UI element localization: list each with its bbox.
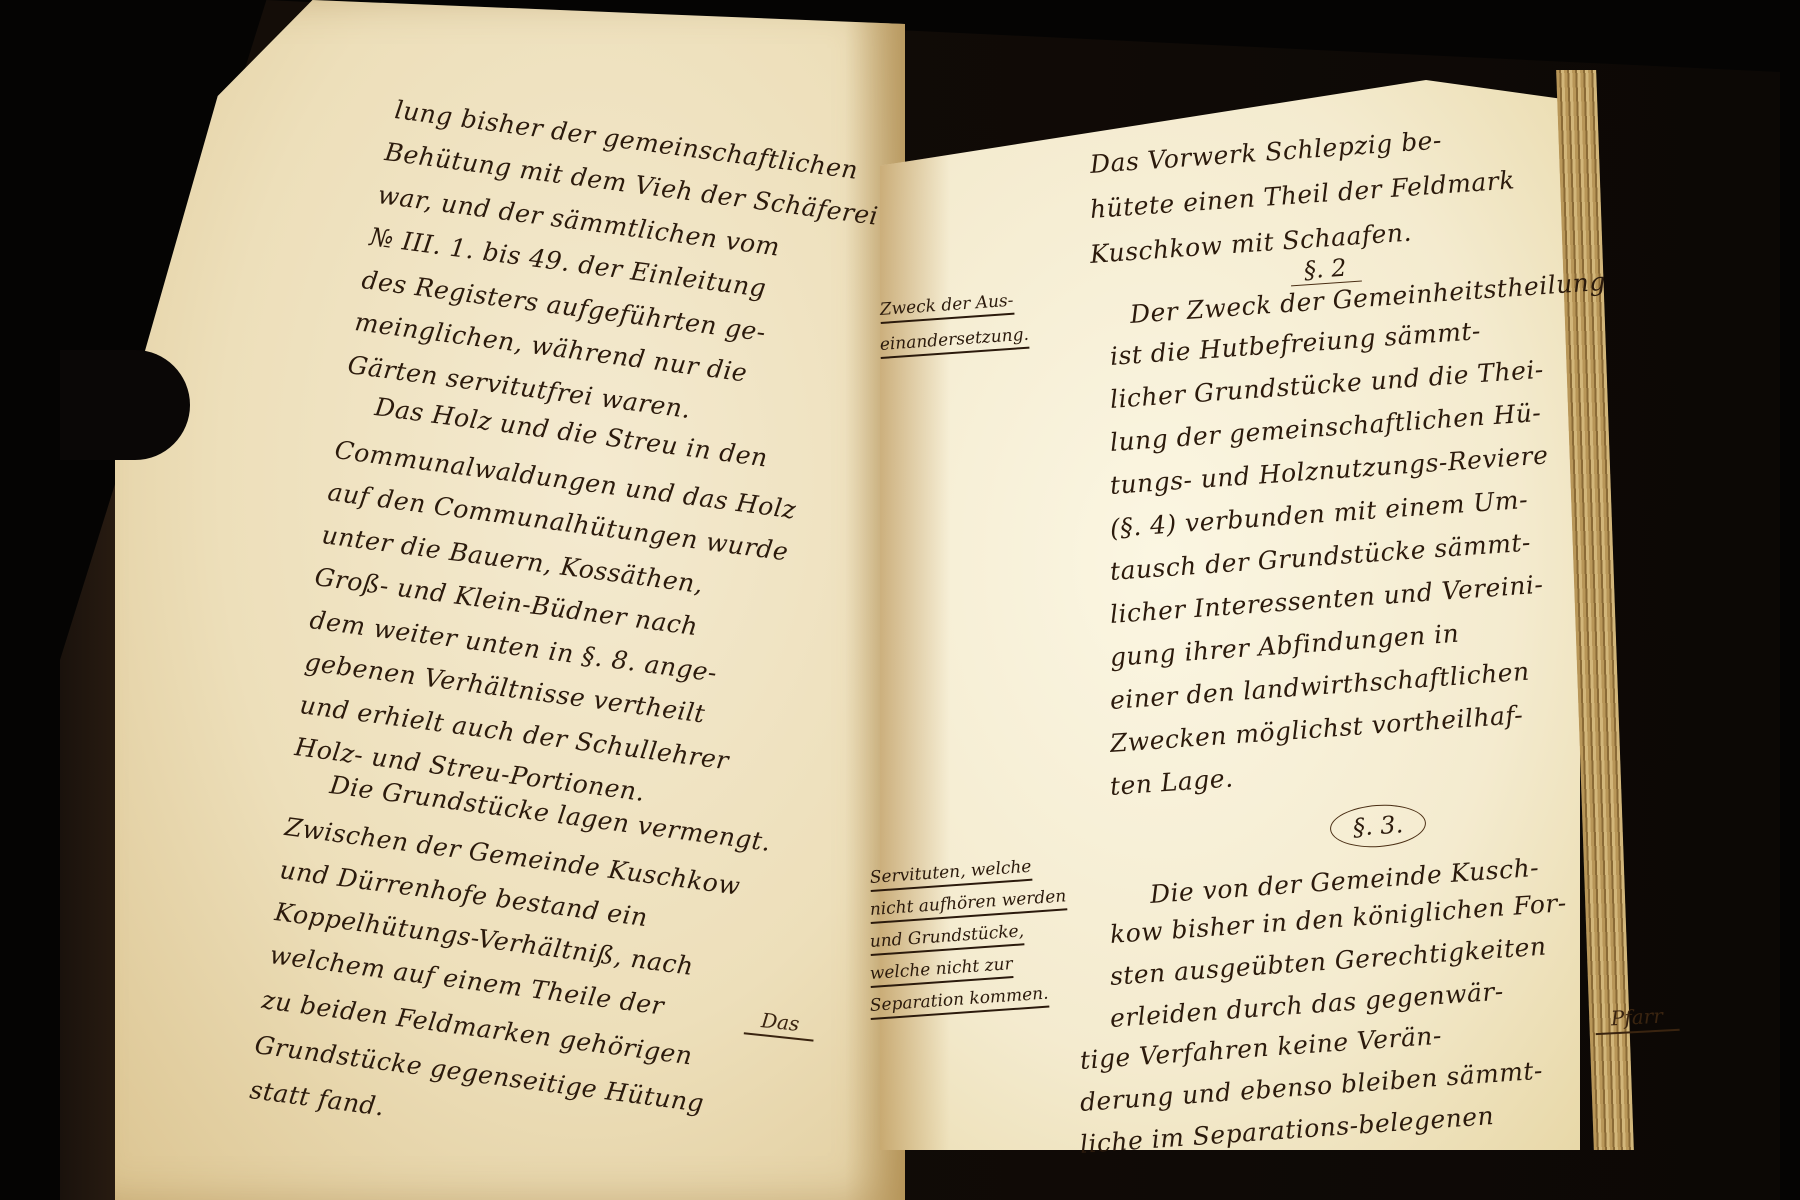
- catchword: Pfarr: [1594, 1003, 1679, 1035]
- book-photo: lung bisher der gemeinschaftlichen Behüt…: [0, 0, 1800, 1200]
- gloved-hand: [60, 350, 190, 460]
- section-mark: §. 2: [1289, 253, 1361, 287]
